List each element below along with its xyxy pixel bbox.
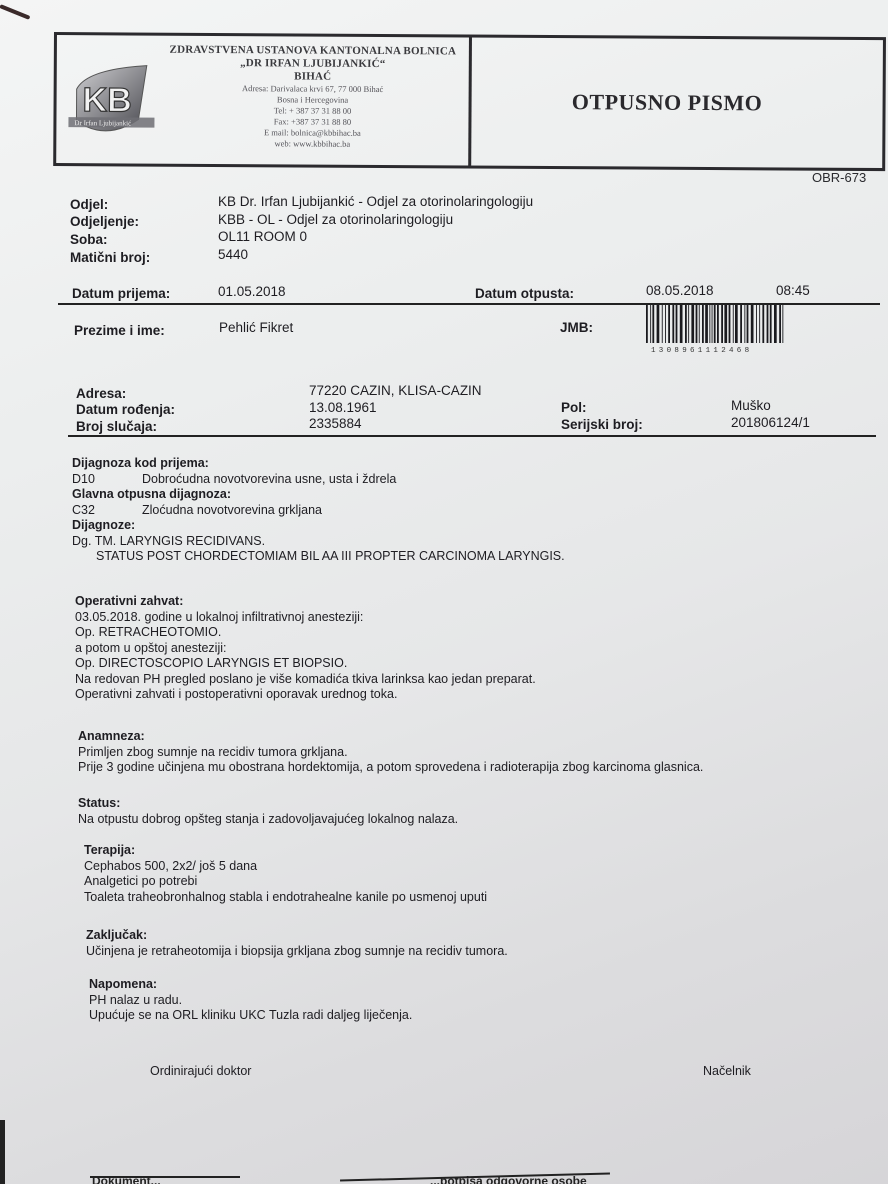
- zakljucak-line: Učinjena je retraheotomija i biopsija gr…: [86, 944, 508, 960]
- datum-prijema-value: 01.05.2018: [218, 284, 286, 299]
- main-diagnosis-heading: Glavna otpusna dijagnoza:: [72, 487, 565, 503]
- datum-otpusta-label: Datum otpusta:: [475, 286, 574, 301]
- diagnoses-section: Dijagnoza kod prijema: D10Dobroćudna nov…: [72, 456, 565, 565]
- anamneza-heading: Anamneza:: [78, 729, 703, 745]
- main-diagnosis: C32Zloćudna novotvorevina grkljana: [72, 503, 565, 519]
- pol-label: Pol:: [561, 400, 587, 415]
- anamneza-line: Primljen zbog sumnje na recidiv tumora g…: [78, 745, 703, 761]
- institution-block: KB Dr Irfan Ljubijankić ZDRAVSTVENA USTA…: [56, 35, 472, 166]
- odjel-value: KB Dr. Irfan Ljubijankić - Odjel za otor…: [218, 194, 533, 209]
- signature-chief-label: Načelnik: [703, 1064, 751, 1078]
- signature-doctor-label: Ordinirajući doktor: [150, 1064, 251, 1078]
- datum-prijema-label: Datum prijema:: [72, 286, 170, 301]
- zakljucak-heading: Zaključak:: [86, 928, 508, 944]
- institution-web: web: www.kbbihac.ba: [156, 138, 468, 151]
- admission-diagnosis-heading: Dijagnoza kod prijema:: [72, 456, 565, 472]
- footer-left-partial: Dokument...: [92, 1174, 161, 1184]
- anamneza-line: Prije 3 godine učinjena mu obostrana hor…: [78, 760, 703, 776]
- maticni-broj-value: 5440: [218, 247, 248, 262]
- soba-value: OL11 ROOM 0: [218, 229, 307, 244]
- maticni-broj-label: Matični broj:: [70, 250, 150, 265]
- divider: [68, 435, 876, 437]
- other-diagnosis-line: STATUS POST CHORDECTOMIAM BIL AA III PRO…: [72, 549, 565, 565]
- broj-slucaja-label: Broj slučaja:: [76, 419, 157, 434]
- pen-mark: [0, 4, 30, 20]
- odjeljenje-label: Odjeljenje:: [70, 214, 139, 229]
- operative-line: 03.05.2018. godine u lokalnoj infiltrati…: [75, 610, 536, 626]
- operative-line: Operativni zahvati i postoperativni opor…: [75, 687, 536, 703]
- terapija-heading: Terapija:: [84, 843, 487, 859]
- anamneza-section: Anamneza: Primljen zbog sumnje na recidi…: [78, 729, 703, 776]
- admission-diagnosis-text: Dobroćudna novotvorevina usne, usta i žd…: [142, 472, 396, 486]
- terapija-section: Terapija: Cephabos 500, 2x2/ još 5 dana …: [84, 843, 487, 905]
- datum-otpusta-value: 08.05.2018: [646, 283, 714, 298]
- terapija-line: Cephabos 500, 2x2/ još 5 dana: [84, 859, 487, 875]
- operative-line: a potom u opštoj anesteziji:: [75, 641, 536, 657]
- soba-label: Soba:: [70, 232, 108, 247]
- jmb-label: JMB:: [560, 320, 593, 335]
- operative-line: Na redovan PH pregled poslano je više ko…: [75, 672, 536, 688]
- svg-text:KB: KB: [82, 81, 131, 119]
- hospital-logo-icon: KB Dr Irfan Ljubijankić: [66, 59, 159, 144]
- serijski-broj-value: 201806124/1: [731, 415, 810, 430]
- institution-name-line1: ZDRAVSTVENA USTANOVA KANTONALNA BOLNICA: [157, 44, 469, 59]
- jmb-barcode-digits: 1308961112468: [651, 347, 752, 355]
- title-block: OTPUSNO PISMO: [471, 38, 883, 169]
- odjel-label: Odjel:: [70, 197, 108, 212]
- napomena-line: Upućuje se na ORL kliniku UKC Tuzla radi…: [89, 1008, 412, 1024]
- odjeljenje-value: KBB - OL - Odjel za otorinolaringologiju: [218, 212, 453, 227]
- form-code: OBR-673: [812, 170, 866, 185]
- other-diagnoses-heading: Dijagnoze:: [72, 518, 565, 534]
- operative-heading: Operativni zahvat:: [75, 594, 536, 610]
- zakljucak-section: Zaključak: Učinjena je retraheotomija i …: [86, 928, 508, 959]
- photo-edge-shadow: [0, 1120, 5, 1184]
- napomena-line: PH nalaz u radu.: [89, 993, 412, 1009]
- operative-section: Operativni zahvat: 03.05.2018. godine u …: [75, 594, 536, 703]
- terapija-line: Toaleta traheobronhalnog stabla i endotr…: [84, 890, 487, 906]
- prezime-ime-value: Pehlić Fikret: [219, 320, 293, 335]
- datum-rodjenja-value: 13.08.1961: [309, 400, 377, 415]
- svg-text:Dr Irfan Ljubijankić: Dr Irfan Ljubijankić: [74, 119, 131, 127]
- status-section: Status: Na otpustu dobrog opšteg stanja …: [78, 796, 458, 827]
- main-diagnosis-code: C32: [72, 503, 142, 519]
- admission-diagnosis: D10Dobroćudna novotvorevina usne, usta i…: [72, 472, 565, 488]
- broj-slucaja-value: 2335884: [309, 416, 362, 431]
- document-header: KB Dr Irfan Ljubijankić ZDRAVSTVENA USTA…: [53, 32, 886, 171]
- operative-line: Op. DIRECTOSCOPIO LARYNGIS ET BIOPSIO.: [75, 656, 536, 672]
- napomena-section: Napomena: PH nalaz u radu. Upućuje se na…: [89, 977, 412, 1024]
- prezime-ime-label: Prezime i ime:: [74, 323, 165, 338]
- footer-right-partial: ...potpisa odgovorne osobe: [430, 1174, 587, 1184]
- status-heading: Status:: [78, 796, 458, 812]
- other-diagnosis-line: Dg. TM. LARYNGIS RECIDIVANS.: [72, 534, 565, 550]
- datum-rodjenja-label: Datum rođenja:: [76, 402, 175, 417]
- institution-info: ZDRAVSTVENA USTANOVA KANTONALNA BOLNICA …: [156, 44, 469, 151]
- adresa-value: 77220 CAZIN, KLISA-CAZIN: [309, 383, 482, 398]
- jmb-barcode: [645, 305, 787, 343]
- napomena-heading: Napomena:: [89, 977, 412, 993]
- serijski-broj-label: Serijski broj:: [561, 417, 643, 432]
- admission-diagnosis-code: D10: [72, 472, 142, 488]
- adresa-label: Adresa:: [76, 386, 126, 401]
- vrijeme-otpusta-value: 08:45: [776, 283, 810, 298]
- terapija-line: Analgetici po potrebi: [84, 874, 487, 890]
- pol-value: Muško: [731, 398, 771, 413]
- status-line: Na otpustu dobrog opšteg stanja i zadovo…: [78, 812, 458, 828]
- main-diagnosis-text: Zloćudna novotvorevina grkljana: [142, 503, 322, 517]
- document-title: OTPUSNO PISMO: [572, 89, 763, 116]
- operative-line: Op. RETRACHEOTOMIO.: [75, 625, 536, 641]
